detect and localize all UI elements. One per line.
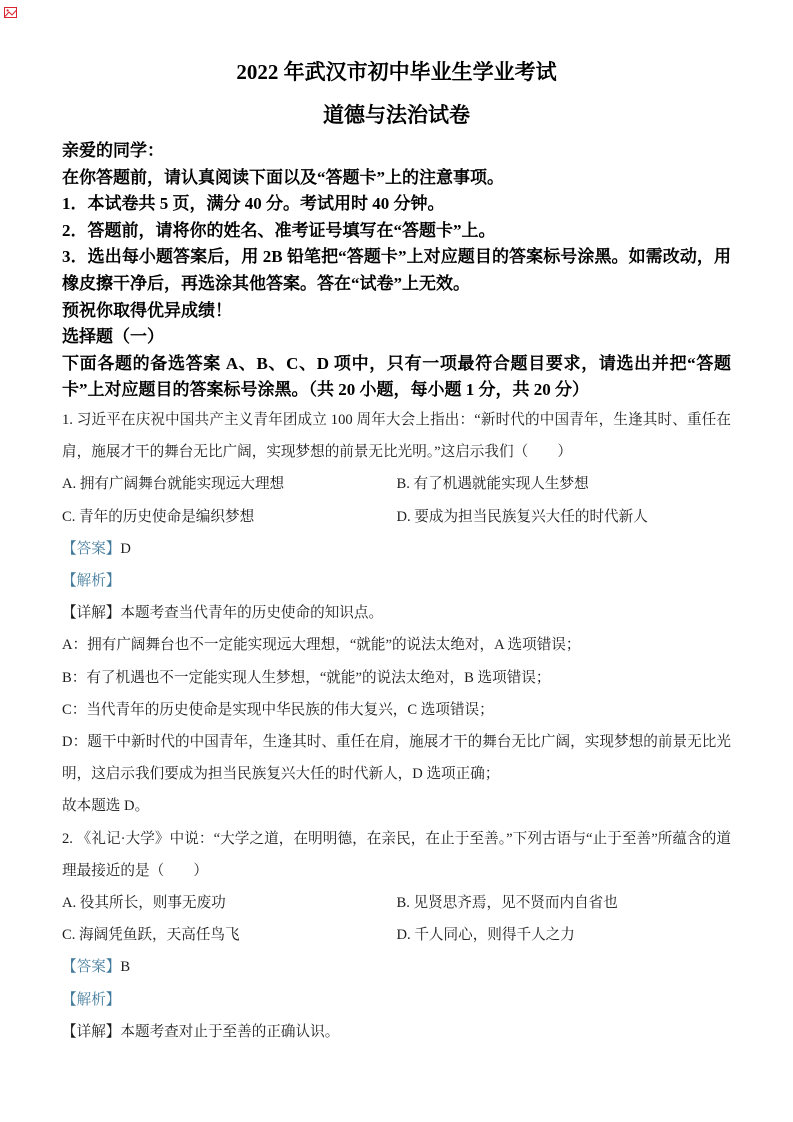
- option-b: B. 有了机遇就能实现人生梦想: [397, 468, 732, 500]
- notice-greeting: 亲爱的同学：: [62, 138, 731, 165]
- analysis-line: 【解析】: [62, 984, 731, 1016]
- notice-item-2: 2．答题前，请将你的姓名、准考证号填写在“答题卡”上。: [62, 218, 731, 245]
- analysis-line: 【解析】: [62, 565, 731, 597]
- answer-value: D: [120, 541, 131, 557]
- notice-wish: 预祝你取得优异成绩！: [62, 298, 731, 325]
- answer-line: 【答案】B: [62, 951, 731, 983]
- notice-item-3: 3．选出每小题答案后，用 2B 铅笔把“答题卡”上对应题目的答案标号涂黑。如需改…: [62, 244, 731, 297]
- analysis-label: 【解析】: [62, 573, 120, 589]
- detail-label: 【详解】: [62, 1024, 120, 1040]
- section-instruction: 下面各题的备选答案 A、B、C、D 项中，只有一项最符合题目要求，请选出并把“答…: [62, 351, 731, 404]
- notice-item-1: 1．本试卷共 5 页，满分 40 分。考试用时 40 分钟。: [62, 191, 731, 218]
- option-c: C. 青年的历史使命是编织梦想: [62, 501, 397, 533]
- answer-label: 【答案】: [62, 541, 120, 557]
- option-d: D. 千人同心，则得千人之力: [397, 919, 732, 951]
- conclusion-line: 故本题选 D。: [62, 790, 731, 822]
- detail-line: 【详解】本题考查当代青年的历史使命的知识点。: [62, 597, 731, 629]
- question-2: 2. 《礼记·大学》中说：“大学之道，在明明德，在亲民，在止于至善。”下列古语与…: [62, 823, 731, 1048]
- option-row: C. 海阔凭鱼跃，天高任鸟飞 D. 千人同心，则得千人之力: [62, 919, 731, 951]
- detail-text: 本题考查对止于至善的正确认识。: [120, 1024, 339, 1040]
- explanation-c: C：当代青年的历史使命是实现中华民族的伟大复兴，C 选项错误；: [62, 694, 731, 726]
- option-row: A. 役其所长，则事无废功 B. 见贤思齐焉，见不贤而内自省也: [62, 887, 731, 919]
- analysis-label: 【解析】: [62, 992, 120, 1008]
- section-heading: 选择题（一）: [62, 324, 731, 351]
- answer-value: B: [120, 959, 130, 975]
- exam-title: 2022 年武汉市初中毕业生学业考试: [62, 58, 731, 86]
- question-1: 1. 习近平在庆祝中国共产主义青年团成立 100 周年大会上指出：“新时代的中国…: [62, 404, 731, 823]
- explanation-a: A：拥有广阔舞台也不一定能实现远大理想，“就能”的说法太绝对，A 选项错误；: [62, 629, 731, 661]
- option-row: A. 拥有广阔舞台就能实现远大理想 B. 有了机遇就能实现人生梦想: [62, 468, 731, 500]
- detail-label: 【详解】: [62, 605, 120, 621]
- exam-subtitle: 道德与法治试卷: [62, 101, 731, 129]
- explanation-d: D：题干中新时代的中国青年，生逢其时、重任在肩，施展才干的舞台无比广阔，实现梦想…: [62, 726, 731, 790]
- questions-area: 1. 习近平在庆祝中国共产主义青年团成立 100 周年大会上指出：“新时代的中国…: [62, 404, 731, 1048]
- broken-image-icon: [4, 5, 17, 16]
- detail-text: 本题考查当代青年的历史使命的知识点。: [120, 605, 383, 621]
- detail-line: 【详解】本题考查对止于至善的正确认识。: [62, 1016, 731, 1048]
- question-stem: 1. 习近平在庆祝中国共产主义青年团成立 100 周年大会上指出：“新时代的中国…: [62, 404, 731, 468]
- option-row: C. 青年的历史使命是编织梦想 D. 要成为担当民族复兴大任的时代新人: [62, 501, 731, 533]
- option-a: A. 拥有广阔舞台就能实现远大理想: [62, 468, 397, 500]
- option-b: B. 见贤思齐焉，见不贤而内自省也: [397, 887, 732, 919]
- option-d: D. 要成为担当民族复兴大任的时代新人: [397, 501, 732, 533]
- exam-document-page: 2022 年武汉市初中毕业生学业考试 道德与法治试卷 亲爱的同学： 在你答题前，…: [0, 0, 793, 1048]
- question-stem: 2. 《礼记·大学》中说：“大学之道，在明明德，在亲民，在止于至善。”下列古语与…: [62, 823, 731, 887]
- explanation-b: B：有了机遇也不一定能实现人生梦想，“就能”的说法太绝对，B 选项错误；: [62, 662, 731, 694]
- notice-block: 亲爱的同学： 在你答题前，请认真阅读下面以及“答题卡”上的注意事项。 1．本试卷…: [62, 138, 731, 404]
- option-c: C. 海阔凭鱼跃，天高任鸟飞: [62, 919, 397, 951]
- option-a: A. 役其所长，则事无废功: [62, 887, 397, 919]
- answer-line: 【答案】D: [62, 533, 731, 565]
- answer-label: 【答案】: [62, 959, 120, 975]
- notice-intro: 在你答题前，请认真阅读下面以及“答题卡”上的注意事项。: [62, 165, 731, 192]
